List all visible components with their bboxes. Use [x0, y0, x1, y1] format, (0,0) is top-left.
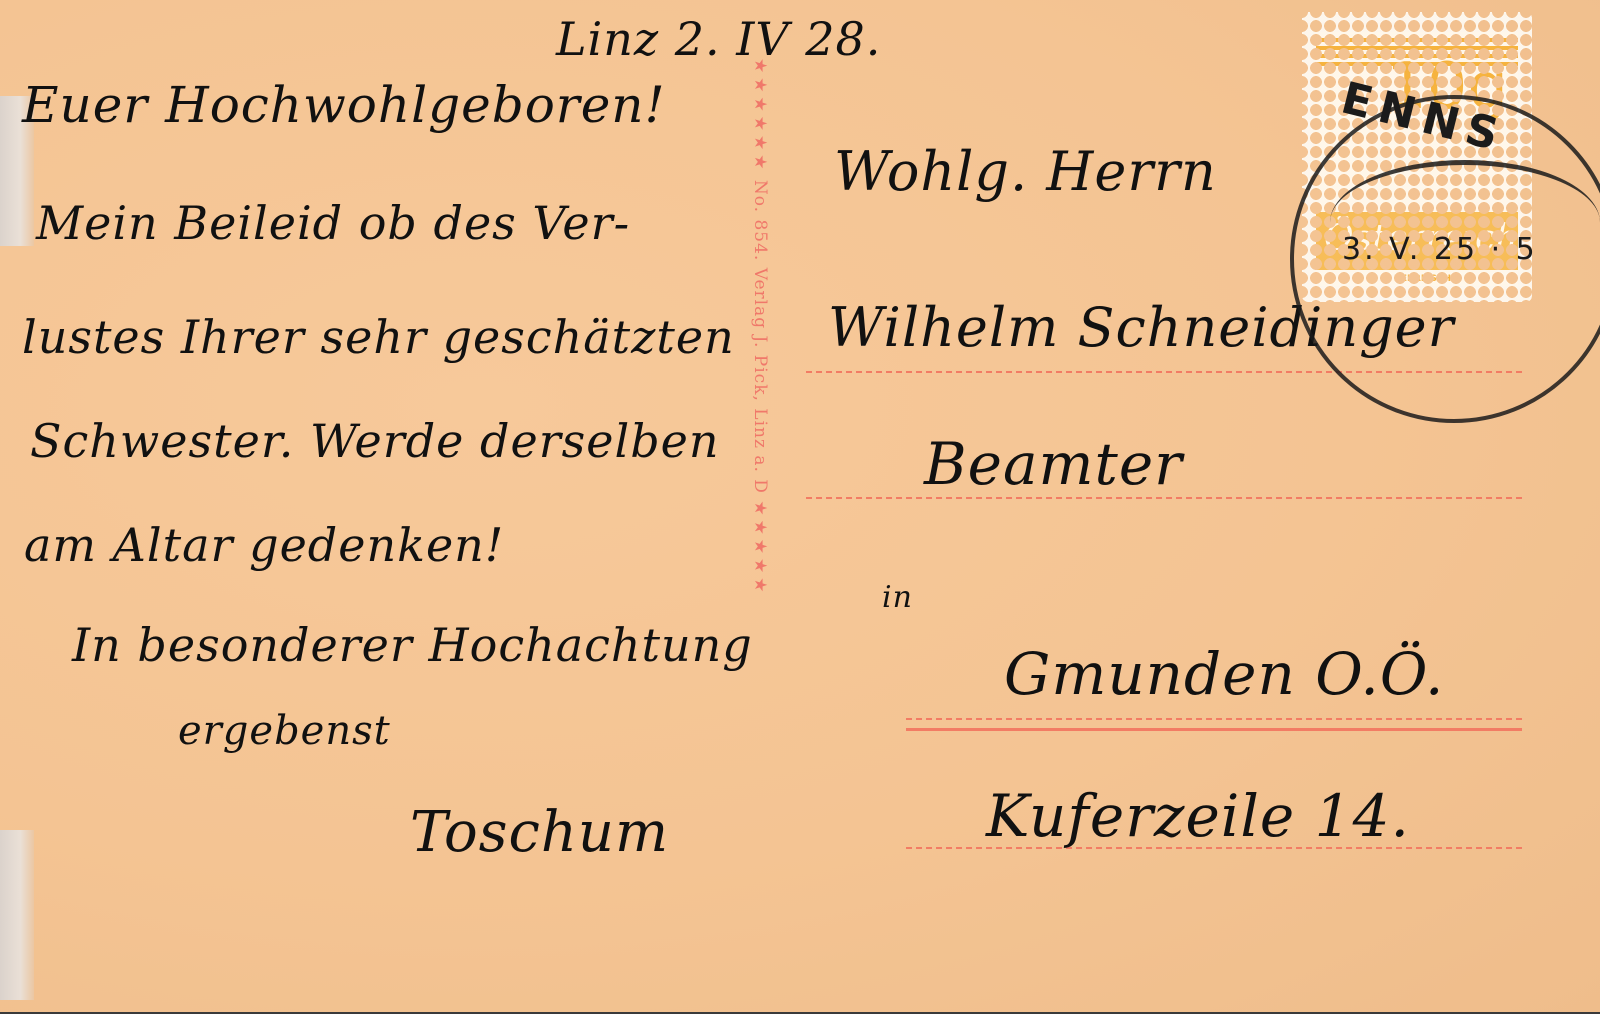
address-title: Beamter	[924, 430, 1183, 498]
message-line: Schwester. Werde derselben	[30, 414, 720, 468]
message-line: In besonderer Hochachtung	[72, 618, 753, 672]
address-street: Kuferzeile 14.	[986, 782, 1410, 850]
signature: Toschum	[410, 800, 669, 865]
message-line: Euer Hochwohlgeboren!	[22, 76, 666, 134]
tape-residue	[0, 830, 34, 1000]
message-line: Mein Beileid ob des Ver-	[36, 196, 630, 250]
address-salutation: Wohlg. Herrn	[834, 140, 1217, 203]
message-line: ergebenst	[178, 708, 391, 754]
header-date: Linz 2. IV 28.	[556, 12, 881, 66]
publisher-divider: ★★★★★★ No. 854. Verlag J. Pick, Linz a. …	[748, 58, 776, 888]
address-line	[906, 718, 1522, 720]
address-city: Gmunden O.Ö.	[1004, 640, 1444, 708]
message-line: lustes Ihrer sehr geschätzten	[22, 310, 735, 364]
address-line	[906, 728, 1522, 731]
address-in-label: in	[882, 580, 913, 615]
stars-decoration: ★★★★★★	[750, 58, 770, 173]
stars-decoration: ★★★★★	[750, 500, 770, 596]
message-line: am Altar gedenken!	[24, 518, 504, 572]
imprint-text: No. 854. Verlag J. Pick, Linz a. D	[750, 180, 770, 494]
publisher-imprint: ★★★★★★ No. 854. Verlag J. Pick, Linz a. …	[750, 58, 770, 597]
postmark-date: 3. V. 25 · 5	[1342, 232, 1538, 267]
postcard-back: Linz 2. IV 28. Euer Hochwohlgeboren! Mei…	[0, 0, 1600, 1014]
